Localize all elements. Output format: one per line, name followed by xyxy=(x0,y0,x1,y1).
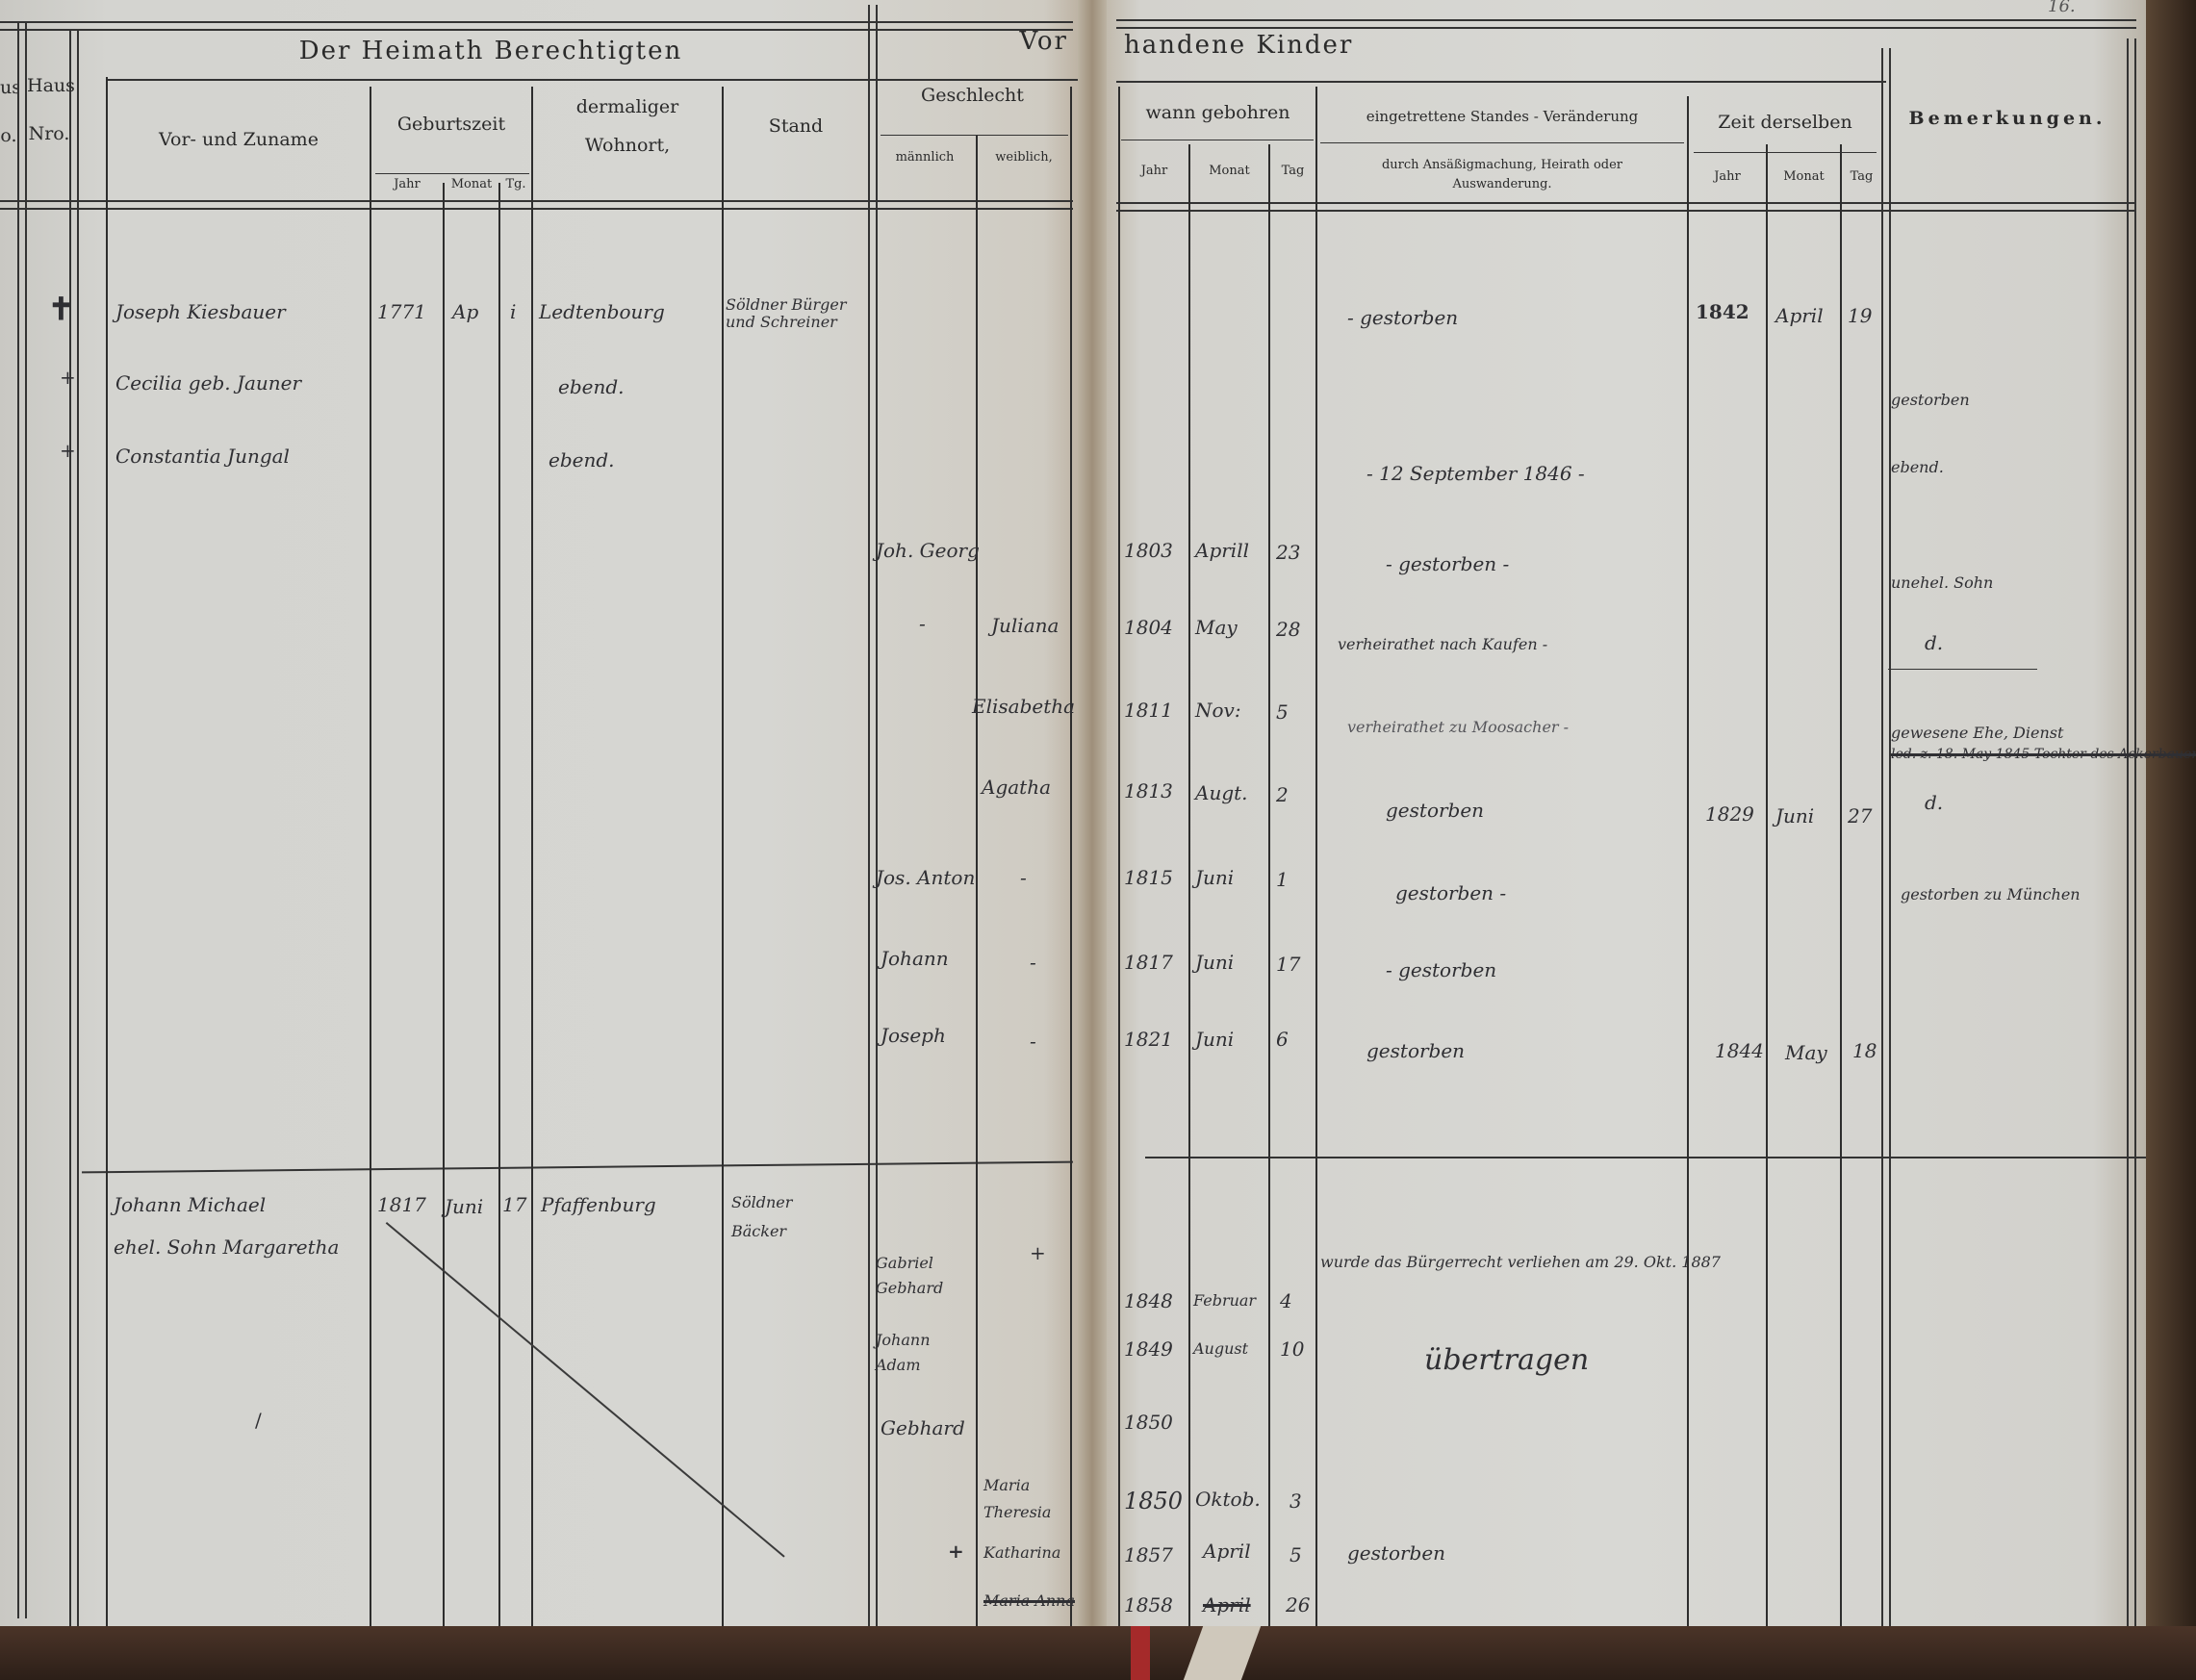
header-vor-zuname: Vor- und Zuname xyxy=(108,129,370,150)
header-vorhandene-right: handene Kinder xyxy=(1124,31,1374,60)
child-birth-month: Februar xyxy=(1193,1291,1256,1310)
death-cross-mark: ✝ xyxy=(48,291,74,327)
child-change-day: 18 xyxy=(1852,1039,1877,1062)
parent-stand: Söldner Bürger und Schreiner xyxy=(726,296,865,331)
child-male-name: - xyxy=(919,612,926,635)
child-birth-year: 1857 xyxy=(1124,1543,1173,1566)
header-divider-right xyxy=(1116,81,1886,83)
child-status-change: gestorben xyxy=(1347,1541,1445,1565)
child-birth-year: 1848 xyxy=(1124,1289,1173,1312)
header-wann-gebohren: wann gebohren xyxy=(1120,102,1315,123)
top-rule-left xyxy=(0,21,1073,31)
parent-change-month: April xyxy=(1775,304,1824,327)
child-male-name: Joseph xyxy=(881,1024,946,1047)
child-birth-day: 2 xyxy=(1276,783,1289,806)
col-line xyxy=(106,77,108,1626)
family-divider-right xyxy=(1145,1157,2146,1158)
header-vorhandene-left: Vor xyxy=(991,27,1068,56)
header-nro: Nro. xyxy=(27,123,71,144)
book-bottom-edge xyxy=(0,1626,2196,1680)
child-male-name: Gebhard xyxy=(881,1416,965,1439)
child-female-name: Katharina xyxy=(983,1543,1060,1562)
parent-birth-day: i xyxy=(510,300,516,323)
child-birth-day: 26 xyxy=(1286,1593,1310,1616)
child-birth-month: August xyxy=(1193,1339,1248,1358)
child-birth-month: Nov: xyxy=(1195,699,1241,722)
child-birth-day: 17 xyxy=(1276,953,1300,976)
child-status-change: übertragen xyxy=(1424,1343,1589,1377)
child-remark: gewesene Ehe, Dienst xyxy=(1891,724,2063,742)
child-female-name: Juliana xyxy=(991,614,1059,637)
col-line xyxy=(69,29,79,1626)
col-line xyxy=(722,87,724,1626)
child-birth-year: 1804 xyxy=(1124,616,1173,639)
parent-residence: ebend. xyxy=(558,375,625,398)
header-haus-partial: us xyxy=(0,77,17,98)
header-zeit-derselben: Zeit derselben xyxy=(1689,112,1881,133)
child-female-name: - xyxy=(1020,866,1027,889)
child-change-month: Juni xyxy=(1775,804,1814,827)
child-birth-day: 6 xyxy=(1276,1028,1289,1051)
col-line xyxy=(1840,144,1842,1626)
child-birth-month: May xyxy=(1195,616,1238,639)
col-line xyxy=(1188,144,1190,1626)
parent-status-change: - 12 September 1846 - xyxy=(1366,462,1585,485)
parent-name: Cecilia geb. Jauner xyxy=(115,371,301,395)
header-heimath-berechtigten: Der Heimath Berechtigten xyxy=(269,37,712,65)
header-durch-1: durch Ansäßigmachung, Heirath oder xyxy=(1317,158,1687,172)
child-female-name: Maria Anna xyxy=(983,1591,1075,1610)
header-kind-monat: Monat xyxy=(1190,164,1268,178)
subrule xyxy=(881,135,1068,136)
col-line xyxy=(1118,87,1120,1626)
col-line xyxy=(1070,87,1072,1626)
page-number: 16. xyxy=(2048,0,2076,16)
bookmark-ribbon-red xyxy=(1131,1626,1150,1680)
header-zeit-tag: Tag xyxy=(1842,169,1881,184)
header-zeit-monat: Monat xyxy=(1768,169,1840,184)
pen-mark: / xyxy=(255,1409,262,1432)
child-birth-month: April xyxy=(1203,1540,1251,1563)
header-wohnort: Wohnort, xyxy=(533,135,722,156)
header-durch-2: Auswanderung. xyxy=(1317,177,1687,191)
header-kind-jahr: Jahr xyxy=(1120,164,1188,178)
child-status-change: gestorben xyxy=(1366,1039,1465,1062)
subrule xyxy=(375,173,529,174)
col-line xyxy=(1766,144,1768,1626)
col-line xyxy=(443,183,445,1626)
child-birth-year: 1803 xyxy=(1124,539,1173,562)
child-birth-day: 3 xyxy=(1290,1489,1302,1513)
child-change-day: 27 xyxy=(1848,804,1872,827)
child-remark: d. xyxy=(1925,631,1943,654)
parent-status-change: - gestorben xyxy=(1347,306,1458,329)
child-birth-year: 1850 xyxy=(1124,1411,1173,1434)
child-change-year: 1829 xyxy=(1705,802,1754,826)
top-rule-right xyxy=(1116,19,2136,29)
header-geburtszeit: Geburtszeit xyxy=(371,114,531,135)
parent2-birth-year: 1817 xyxy=(377,1193,426,1216)
child-status-change: - gestorben - xyxy=(1386,552,1509,575)
child-status-change: verheirathet nach Kaufen - xyxy=(1338,635,1547,653)
subrule xyxy=(1320,142,1684,143)
header-jahr: Jahr xyxy=(371,177,443,191)
header-zeit-jahr: Jahr xyxy=(1689,169,1766,184)
parent-birth-year: 1771 xyxy=(377,300,426,323)
child-birth-day: 1 xyxy=(1276,868,1289,891)
subrule xyxy=(1121,140,1314,140)
child-birth-year: 1821 xyxy=(1124,1028,1173,1051)
parent-remark: ebend. xyxy=(1891,458,1944,476)
col-line xyxy=(531,87,533,1626)
parent2-stand-line1: Söldner xyxy=(731,1193,792,1211)
child-status-change: gestorben xyxy=(1386,799,1484,822)
parent-remark: gestorben xyxy=(1891,391,1970,409)
col-line xyxy=(370,87,371,1626)
child-male-name: Gabriel Gebhard xyxy=(876,1251,972,1301)
parent-residence: Ledtenbourg xyxy=(539,300,665,323)
header-kind-tag: Tag xyxy=(1270,164,1315,178)
col-line xyxy=(1687,96,1689,1626)
child-birth-year: 1858 xyxy=(1124,1593,1173,1616)
child-male-name: Joh. Georg xyxy=(876,539,980,562)
child-female-name: Agatha xyxy=(982,776,1051,799)
child-male-name: Johann Adam xyxy=(876,1328,962,1378)
header-geschlecht: Geschlecht xyxy=(874,85,1071,106)
parent-name: Constantia Jungal xyxy=(115,445,290,468)
child-male-name: Johann xyxy=(881,947,949,970)
col-line xyxy=(976,135,978,1626)
header-weiblich: weiblich, xyxy=(978,150,1070,165)
child-female-name: Maria Theresia xyxy=(983,1472,1070,1526)
child-birth-day: 28 xyxy=(1276,618,1300,641)
header-bottom-rule-left xyxy=(0,200,1073,210)
child-birth-year: 1813 xyxy=(1124,779,1173,802)
struck-remark: led. z. 18. May 1845 Tochter des Ackerba… xyxy=(1891,747,2196,762)
col-line xyxy=(1315,87,1317,1626)
child-birth-year: 1850 xyxy=(1124,1488,1183,1515)
child-birth-year: 1817 xyxy=(1124,951,1173,974)
col-line xyxy=(2127,38,2136,1626)
col-line xyxy=(868,5,878,1626)
child-status-change: - gestorben xyxy=(1386,958,1496,981)
parent2-name-line1: Johann Michael xyxy=(114,1193,266,1216)
header-dermaliger: dermaliger xyxy=(533,96,722,117)
subrule xyxy=(1694,152,1877,153)
header-maennlich: männlich xyxy=(874,150,976,165)
parent-change-day: 19 xyxy=(1848,304,1872,327)
child-birth-month: Juni xyxy=(1195,866,1234,889)
parent-birth-month: Ap xyxy=(452,300,478,323)
child-birth-year: 1849 xyxy=(1124,1337,1173,1361)
col-line xyxy=(498,183,500,1626)
parent2-residence: Pfaffenburg xyxy=(541,1193,656,1216)
child-birth-month: Oktob. xyxy=(1195,1488,1261,1511)
parent2-name-line2: ehel. Sohn Margaretha xyxy=(114,1235,339,1259)
child-birth-month: Juni xyxy=(1195,1028,1234,1051)
child-birth-day: 4 xyxy=(1280,1289,1292,1312)
parent2-stand-line2: Bäcker xyxy=(731,1222,786,1240)
child-birth-month: Aprill xyxy=(1195,539,1249,562)
child-change-month: May xyxy=(1785,1041,1827,1064)
death-cross-mark: + xyxy=(60,366,76,389)
col-line xyxy=(17,21,27,1618)
col-line xyxy=(1268,144,1270,1626)
book-cover-edge xyxy=(2146,0,2196,1680)
parent2-birth-month: Juni xyxy=(445,1195,483,1218)
header-haus: Haus xyxy=(27,75,71,96)
parent-change-year: 1842 xyxy=(1696,300,1749,323)
header-monat: Monat xyxy=(445,177,498,191)
child-female-name: - xyxy=(1030,1030,1036,1053)
child-status-change: gestorben - xyxy=(1395,881,1506,904)
header-stand: Stand xyxy=(724,115,868,137)
child-birth-day: 5 xyxy=(1276,700,1289,724)
child-female-name: Elisabetha xyxy=(972,695,1075,718)
header-divider-left xyxy=(106,79,1078,81)
child-remark: gestorben zu München xyxy=(1901,885,2081,904)
death-cross-mark: + xyxy=(60,439,76,462)
parent-residence: ebend. xyxy=(549,448,615,471)
child-birth-month: April xyxy=(1203,1593,1251,1616)
child-female-name: - xyxy=(1030,951,1036,974)
remark-divider xyxy=(1888,669,2037,670)
header-bemerkungen: Bemerkungen. xyxy=(1888,108,2127,129)
child-birth-year: 1815 xyxy=(1124,866,1173,889)
header-tag: Tg. xyxy=(500,177,531,191)
child-remark: unehel. Sohn xyxy=(1891,573,1993,592)
book-spine xyxy=(1078,0,1107,1680)
child-change-year: 1844 xyxy=(1715,1039,1764,1062)
child-remark: d. xyxy=(1925,791,1943,814)
left-page xyxy=(0,0,1087,1636)
child-birth-month: Juni xyxy=(1195,951,1234,974)
parent-name: Joseph Kiesbauer xyxy=(115,300,286,323)
header-standes-veraenderung: eingetrettene Standes - Veränderung xyxy=(1317,108,1687,125)
child-birth-month: Augt. xyxy=(1195,781,1248,804)
parent2-birth-day: 17 xyxy=(502,1193,526,1216)
death-cross-mark: + xyxy=(1030,1241,1046,1264)
child-status-change: verheirathet zu Moosacher - xyxy=(1347,718,1569,736)
child-birth-year: 1811 xyxy=(1124,699,1173,722)
child-birth-day: 10 xyxy=(1280,1337,1304,1361)
header-no-partial: o. xyxy=(0,125,17,146)
child-birth-day: 5 xyxy=(1290,1543,1302,1566)
right-page xyxy=(1087,0,2146,1626)
child-male-name: Jos. Anton xyxy=(876,866,975,889)
col-line xyxy=(1881,48,1891,1626)
death-cross-mark: + xyxy=(948,1540,964,1563)
child-birth-day: 23 xyxy=(1276,541,1300,564)
child-status-change: wurde das Bürgerrecht verliehen am 29. O… xyxy=(1320,1253,1721,1271)
